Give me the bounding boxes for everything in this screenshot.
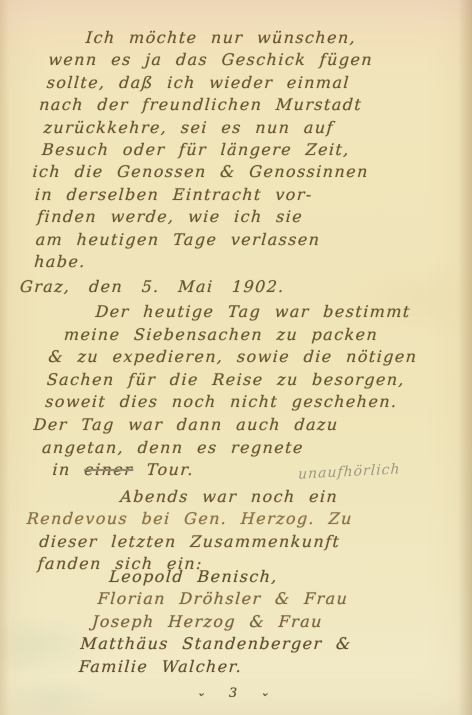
handwritten-line: Ich möchte nur wünschen, (85, 27, 379, 49)
dateline: Graz, den 5. Mai 1902. (19, 276, 285, 298)
page-number-value: 3 (229, 686, 243, 701)
handwritten-line: soweit dies noch nicht geschehen. (44, 391, 415, 414)
handwritten-line: meine Siebensachen zu packen (63, 324, 420, 347)
handwritten-line: habe. (33, 251, 363, 273)
manuscript-page: Ich möchte nur wünschen, wenn es ja das … (0, 0, 472, 715)
handwritten-line: Rendevous bei Gen. Herzog. Zu (26, 508, 354, 530)
handwritten-line: sollte, daß ich wieder einmal (46, 72, 376, 94)
attendee-name: Leopold Benisch, (108, 567, 357, 589)
attendee-name: Familie Walcher. (78, 657, 351, 679)
paragraph-1: Ich möchte nur wünschen, wenn es ja das … (33, 27, 379, 273)
attendee-name: Joseph Herzog & Frau (91, 612, 354, 634)
line-text: Tour. (133, 460, 195, 479)
flourish-mark: ⌄ (197, 686, 212, 699)
handwritten-line: wenn es ja das Geschick fügen (47, 49, 377, 71)
pencil-annotation: unaufhörlich (297, 458, 401, 486)
struck-word: einer (84, 460, 134, 479)
handwritten-line: Der Tag war dann auch dazu (33, 414, 414, 437)
handwritten-line: zurückkehre, sei es nun auf (43, 117, 373, 139)
attendee-name: Florian Dröhsler & Frau (97, 589, 356, 611)
handwritten-line: finden werde, wie ich sie (37, 206, 367, 228)
handwritten-line: angetan, denn es regnete (41, 437, 412, 460)
attendee-name: Matthäus Standenberger & (80, 634, 353, 656)
handwritten-line: in derselben Eintracht vor- (34, 184, 368, 206)
handwritten-line: Abends war noch ein (120, 486, 356, 508)
handwritten-line: & zu expedieren, sowie die nötigen (48, 346, 419, 369)
flourish-mark: ⌄ (260, 686, 275, 699)
paragraph-3: Abends war noch ein Rendevous bei Gen. H… (37, 486, 355, 576)
handwritten-line: nach der freundlichen Murstadt (38, 94, 374, 116)
handwritten-line: Der heutige Tag war bestimmt (95, 301, 422, 324)
page-number: ⌄ 3 ⌄ (0, 683, 472, 705)
attendee-list: Leopold Benisch, Florian Dröhsler & Frau… (88, 567, 357, 679)
handwritten-line: Besuch oder für längere Zeit, (41, 139, 371, 161)
handwritten-line: Sachen für die Reise zu besorgen, (46, 369, 417, 392)
handwritten-line: dieser letzten Zusammenkunft (38, 531, 352, 553)
line-text: in (52, 460, 85, 479)
paragraph-2: Der heutige Tag war bestimmt meine Siebe… (40, 301, 422, 482)
handwritten-line: am heutigen Tage verlassen (35, 229, 365, 251)
handwritten-line: ich die Genossen & Genossinnen (32, 161, 370, 183)
